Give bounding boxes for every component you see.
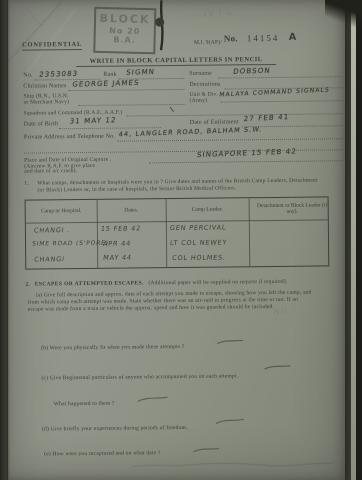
section2-number: 2. xyxy=(25,282,30,288)
pencil-dash-c xyxy=(264,365,290,370)
field-no-label: No. xyxy=(23,73,33,80)
field-christian-names-line xyxy=(68,88,184,91)
pencil-dash-b xyxy=(217,339,243,344)
question1-line2: (or Block) Leaders or, in the case of ho… xyxy=(37,185,236,194)
table-row3-camp: CHANGI xyxy=(34,255,66,263)
write-in-pencil-instruction: WRITE IN BLOCK CAPITAL LETTERS IN PENCIL xyxy=(76,56,276,67)
pencil-slash-mark: / xyxy=(168,105,177,112)
field-surname-value: DOBSON xyxy=(233,67,271,76)
faint-erased-pencil-line xyxy=(132,459,332,469)
field-no-value: 2353083 xyxy=(39,70,79,79)
field-surname-line xyxy=(218,75,342,78)
form-paper: CONFIDENTIAL BLOCK No 20 B.A. NIL M.I. 9… xyxy=(8,0,347,480)
field-unit-line xyxy=(221,99,343,102)
field-rank-label: Rank xyxy=(103,72,117,79)
field-enlistment-value: 27 FEB 41 xyxy=(243,113,289,123)
table-row2-leader: LT COL NEWEY xyxy=(170,238,228,247)
table-row1-dates: 15 FEB 42 xyxy=(100,224,141,232)
section2-note: (Additional paper will be supplied on re… xyxy=(148,279,287,286)
form-ref-prefix: M.I. 9(AP)/ xyxy=(194,40,222,47)
form-content: CONFIDENTIAL BLOCK No 20 B.A. NIL M.I. 9… xyxy=(5,0,349,480)
form-ref-no-label: No. xyxy=(224,35,238,42)
form-ref-number: 14154 xyxy=(247,35,280,42)
section2-d: (d) Give briefly your experiences during… xyxy=(42,425,188,434)
field-squadron-line xyxy=(127,112,343,116)
stamp-line1: BLOCK xyxy=(96,12,154,26)
table-row1-camp: CHANGI . xyxy=(33,226,70,234)
section2-c2: What happened to them ? xyxy=(54,401,115,409)
section2-b: (b) Were you physically fit when you mad… xyxy=(41,344,184,353)
field-christian-names-label: Christian Names xyxy=(23,83,66,90)
question1-number: 1. xyxy=(24,181,29,188)
field-dob-value: 31 MAY 12 xyxy=(69,116,117,125)
field-address-label: Private Address and Telephone No. xyxy=(24,134,115,142)
field-surname-label: Surname xyxy=(189,71,212,78)
table-row3-leader: COL HOLMES. xyxy=(172,253,227,262)
block-number-stamp: BLOCK No 20 B.A. xyxy=(93,7,156,55)
field-rank-value: SIGMN xyxy=(126,68,156,77)
table-row2-camp: SIME ROAD (S'PORE) xyxy=(32,240,110,248)
section2-title: ESCAPES OR ATTEMPTED ESCAPES. xyxy=(35,280,144,287)
photo-left-edge xyxy=(0,0,10,480)
table-header-dates: Dates. xyxy=(97,199,166,222)
field-ship-label-line2: or Merchant Navy) xyxy=(24,99,70,106)
table-header-leader: Camp Leader. xyxy=(166,198,249,221)
section2-a-answer: Nil xyxy=(273,307,288,317)
pencil-dash-c2 xyxy=(138,396,164,401)
field-capture-note2: and date of a/c crash). xyxy=(24,168,77,176)
section2-e: (e) How were you recaptured and on what … xyxy=(44,450,160,458)
scanned-pow-form-photo: CONFIDENTIAL BLOCK No 20 B.A. NIL M.I. 9… xyxy=(0,0,362,480)
camp-table: Camp or Hospital. Dates. Camp Leader. De… xyxy=(25,196,330,269)
pencil-nil-note: NIL xyxy=(203,2,239,21)
photo-top-right-corner xyxy=(325,0,362,30)
field-address-line xyxy=(117,137,343,141)
field-decorations-label: Decorations xyxy=(189,82,220,89)
table-header-detachment: Detachment or Block Leader (if any). xyxy=(249,197,336,220)
table-row2-dates: APR 44 xyxy=(103,239,132,247)
pencil-dash-d xyxy=(216,418,242,423)
stamp-line3: B.A. xyxy=(95,35,153,45)
table-row1-leader: GEN PERCIVAL xyxy=(169,223,226,232)
photo-right-edge xyxy=(356,0,362,480)
section2-a-line3: escape was made from a train or vehicle … xyxy=(28,304,274,314)
pencil-dash-e xyxy=(193,448,219,453)
form-ref-suffix: A xyxy=(289,34,297,41)
field-christian-names-value: GEORGE JAMES xyxy=(72,79,140,89)
field-capture-line xyxy=(149,159,343,163)
section2-c: (c) Give Regimental particulars of anyon… xyxy=(41,373,238,382)
field-unit-label-line2: (Army) xyxy=(190,98,208,105)
table-header-camp: Camp or Hospital. xyxy=(26,200,97,223)
confidential-marking: CONFIDENTIAL xyxy=(22,41,82,51)
field-dob-label: Date of Birth xyxy=(24,121,58,128)
table-row3-dates: MAY 44 xyxy=(103,253,133,261)
section2-heading: 2. ESCAPES OR ATTEMPTED ESCAPES. (Additi… xyxy=(25,279,287,289)
treasury-tag-fastener xyxy=(151,0,170,52)
